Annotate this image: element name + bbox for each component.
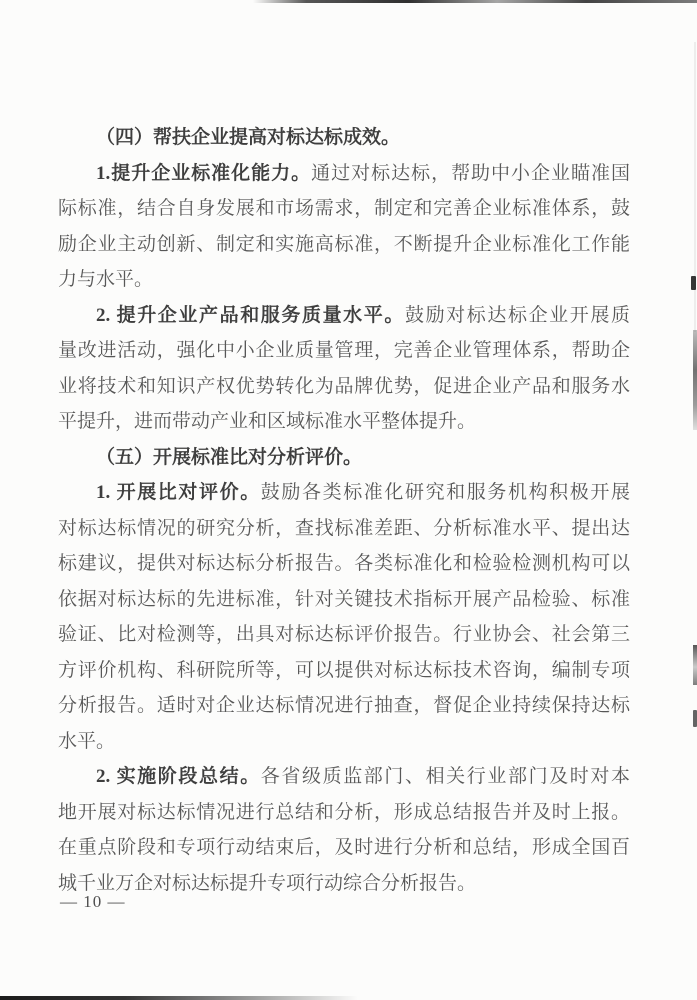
text-segment: 在重点阶段和专项行动结束后，及时进行分析和总结，形成全国百 [58, 837, 630, 858]
text-segment: 水平。 [58, 731, 115, 752]
text-segment: 量改进活动，强化中小企业质量管理，完善企业管理体系，帮助企 [58, 340, 630, 361]
text-line: 验证、比对检测等，出具对标达标评价报告。行业协会、社会第三 [58, 617, 630, 653]
scan-artifact-right-dash-lower [693, 710, 697, 727]
text-segment: 际标准，结合自身发展和市场需求，制定和完善企业标准体系，鼓 [58, 198, 630, 219]
text-segment: 分析报告。适时对企业达标情况进行抽查，督促企业持续保持达标 [58, 695, 630, 716]
text-segment: 方评价机构、科研院所等，可以提供对标达标技术咨询，编制专项 [58, 660, 630, 681]
scanned-document-page: （四）帮扶企业提高对标达标成效。1.提升企业标准化能力。通过对标达标，帮助中小企… [0, 0, 697, 1000]
bold-text-segment: 1.提升企业标准化能力。 [96, 163, 311, 184]
text-segment: 鼓励对标达标企业开展质 [405, 305, 630, 326]
text-segment: 地开展对标达标情况进行总结和分析，形成总结报告并及时上报。 [58, 802, 630, 823]
text-line: 城千业万企对标达标提升专项行动综合分析报告。 [58, 866, 630, 902]
text-line: 在重点阶段和专项行动结束后，及时进行分析和总结，形成全国百 [58, 830, 630, 866]
text-line: 分析报告。适时对企业达标情况进行抽查，督促企业持续保持达标 [58, 688, 630, 724]
text-segment: 验证、比对检测等，出具对标达标评价报告。行业协会、社会第三 [58, 624, 630, 645]
text-line: 业将技术和知识产权优势转化为品牌优势，促进企业产品和服务水 [58, 369, 630, 405]
text-segment: 各省级质监部门、相关行业部门及时对本 [261, 766, 630, 787]
scan-artifact-bottom-edge [0, 996, 358, 1000]
text-line: 水平。 [58, 724, 630, 760]
text-line: 标建议，提供对标达标分析报告。各类标准化和检验检测机构可以 [58, 546, 630, 582]
text-segment: 鼓励各类标准化研究和服务机构积极开展 [261, 482, 630, 503]
scan-artifact-right-dot [691, 276, 696, 290]
scan-artifact-right-dash-upper [693, 645, 697, 685]
text-segment: 对标达标情况的研究分析，查找标准差距、分析标准水平、提出达 [58, 518, 630, 539]
text-line: 2. 实施阶段总结。各省级质监部门、相关行业部门及时对本 [58, 759, 630, 795]
page-number: — 10 — [60, 892, 126, 912]
text-segment: 标建议，提供对标达标分析报告。各类标准化和检验检测机构可以 [58, 553, 630, 574]
text-line: 力与水平。 [58, 262, 630, 298]
text-line: 依据对标达标的先进标准，针对关键技术指标开展产品检验、标准 [58, 582, 630, 618]
scan-artifact-right-smudge [693, 330, 697, 430]
text-line: 量改进活动，强化中小企业质量管理，完善企业管理体系，帮助企 [58, 333, 630, 369]
text-segment: 通过对标达标，帮助中小企业瞄准国 [311, 163, 630, 184]
scan-artifact-top-edge [253, 0, 697, 3]
scan-artifact-right-streak [694, 42, 696, 332]
text-segment: 业将技术和知识产权优势转化为品牌优势，促进企业产品和服务水 [58, 376, 630, 397]
text-segment: 城千业万企对标达标提升专项行动综合分析报告。 [58, 873, 476, 894]
text-line: 1. 开展比对评价。鼓励各类标准化研究和服务机构积极开展 [58, 475, 630, 511]
text-line: （五）开展标准比对分析评价。 [58, 440, 630, 476]
text-line: （四）帮扶企业提高对标达标成效。 [58, 120, 630, 156]
bold-text-segment: （五）开展标准比对分析评价。 [96, 447, 362, 468]
text-line: 际标准，结合自身发展和市场需求，制定和完善企业标准体系，鼓 [58, 191, 630, 227]
text-line: 励企业主动创新、制定和实施高标准，不断提升企业标准化工作能 [58, 227, 630, 263]
text-line: 地开展对标达标情况进行总结和分析，形成总结报告并及时上报。 [58, 795, 630, 831]
text-segment: 力与水平。 [58, 269, 153, 290]
text-line: 2. 提升企业产品和服务质量水平。鼓励对标达标企业开展质 [58, 298, 630, 334]
text-line: 对标达标情况的研究分析，查找标准差距、分析标准水平、提出达 [58, 511, 630, 547]
text-line: 平提升，进而带动产业和区域标准水平整体提升。 [58, 404, 630, 440]
bold-text-segment: （四）帮扶企业提高对标达标成效。 [96, 127, 400, 148]
text-segment: 平提升，进而带动产业和区域标准水平整体提升。 [58, 411, 476, 432]
bold-text-segment: 1. 开展比对评价。 [96, 482, 261, 503]
bold-text-segment: 2. 实施阶段总结。 [96, 766, 261, 787]
bold-text-segment: 2. 提升企业产品和服务质量水平。 [96, 305, 405, 326]
text-segment: 励企业主动创新、制定和实施高标准，不断提升企业标准化工作能 [58, 234, 630, 255]
document-lines: （四）帮扶企业提高对标达标成效。1.提升企业标准化能力。通过对标达标，帮助中小企… [58, 120, 630, 901]
text-line: 方评价机构、科研院所等，可以提供对标达标技术咨询，编制专项 [58, 653, 630, 689]
text-segment: 依据对标达标的先进标准，针对关键技术指标开展产品检验、标准 [58, 589, 630, 610]
text-line: 1.提升企业标准化能力。通过对标达标，帮助中小企业瞄准国 [58, 156, 630, 192]
